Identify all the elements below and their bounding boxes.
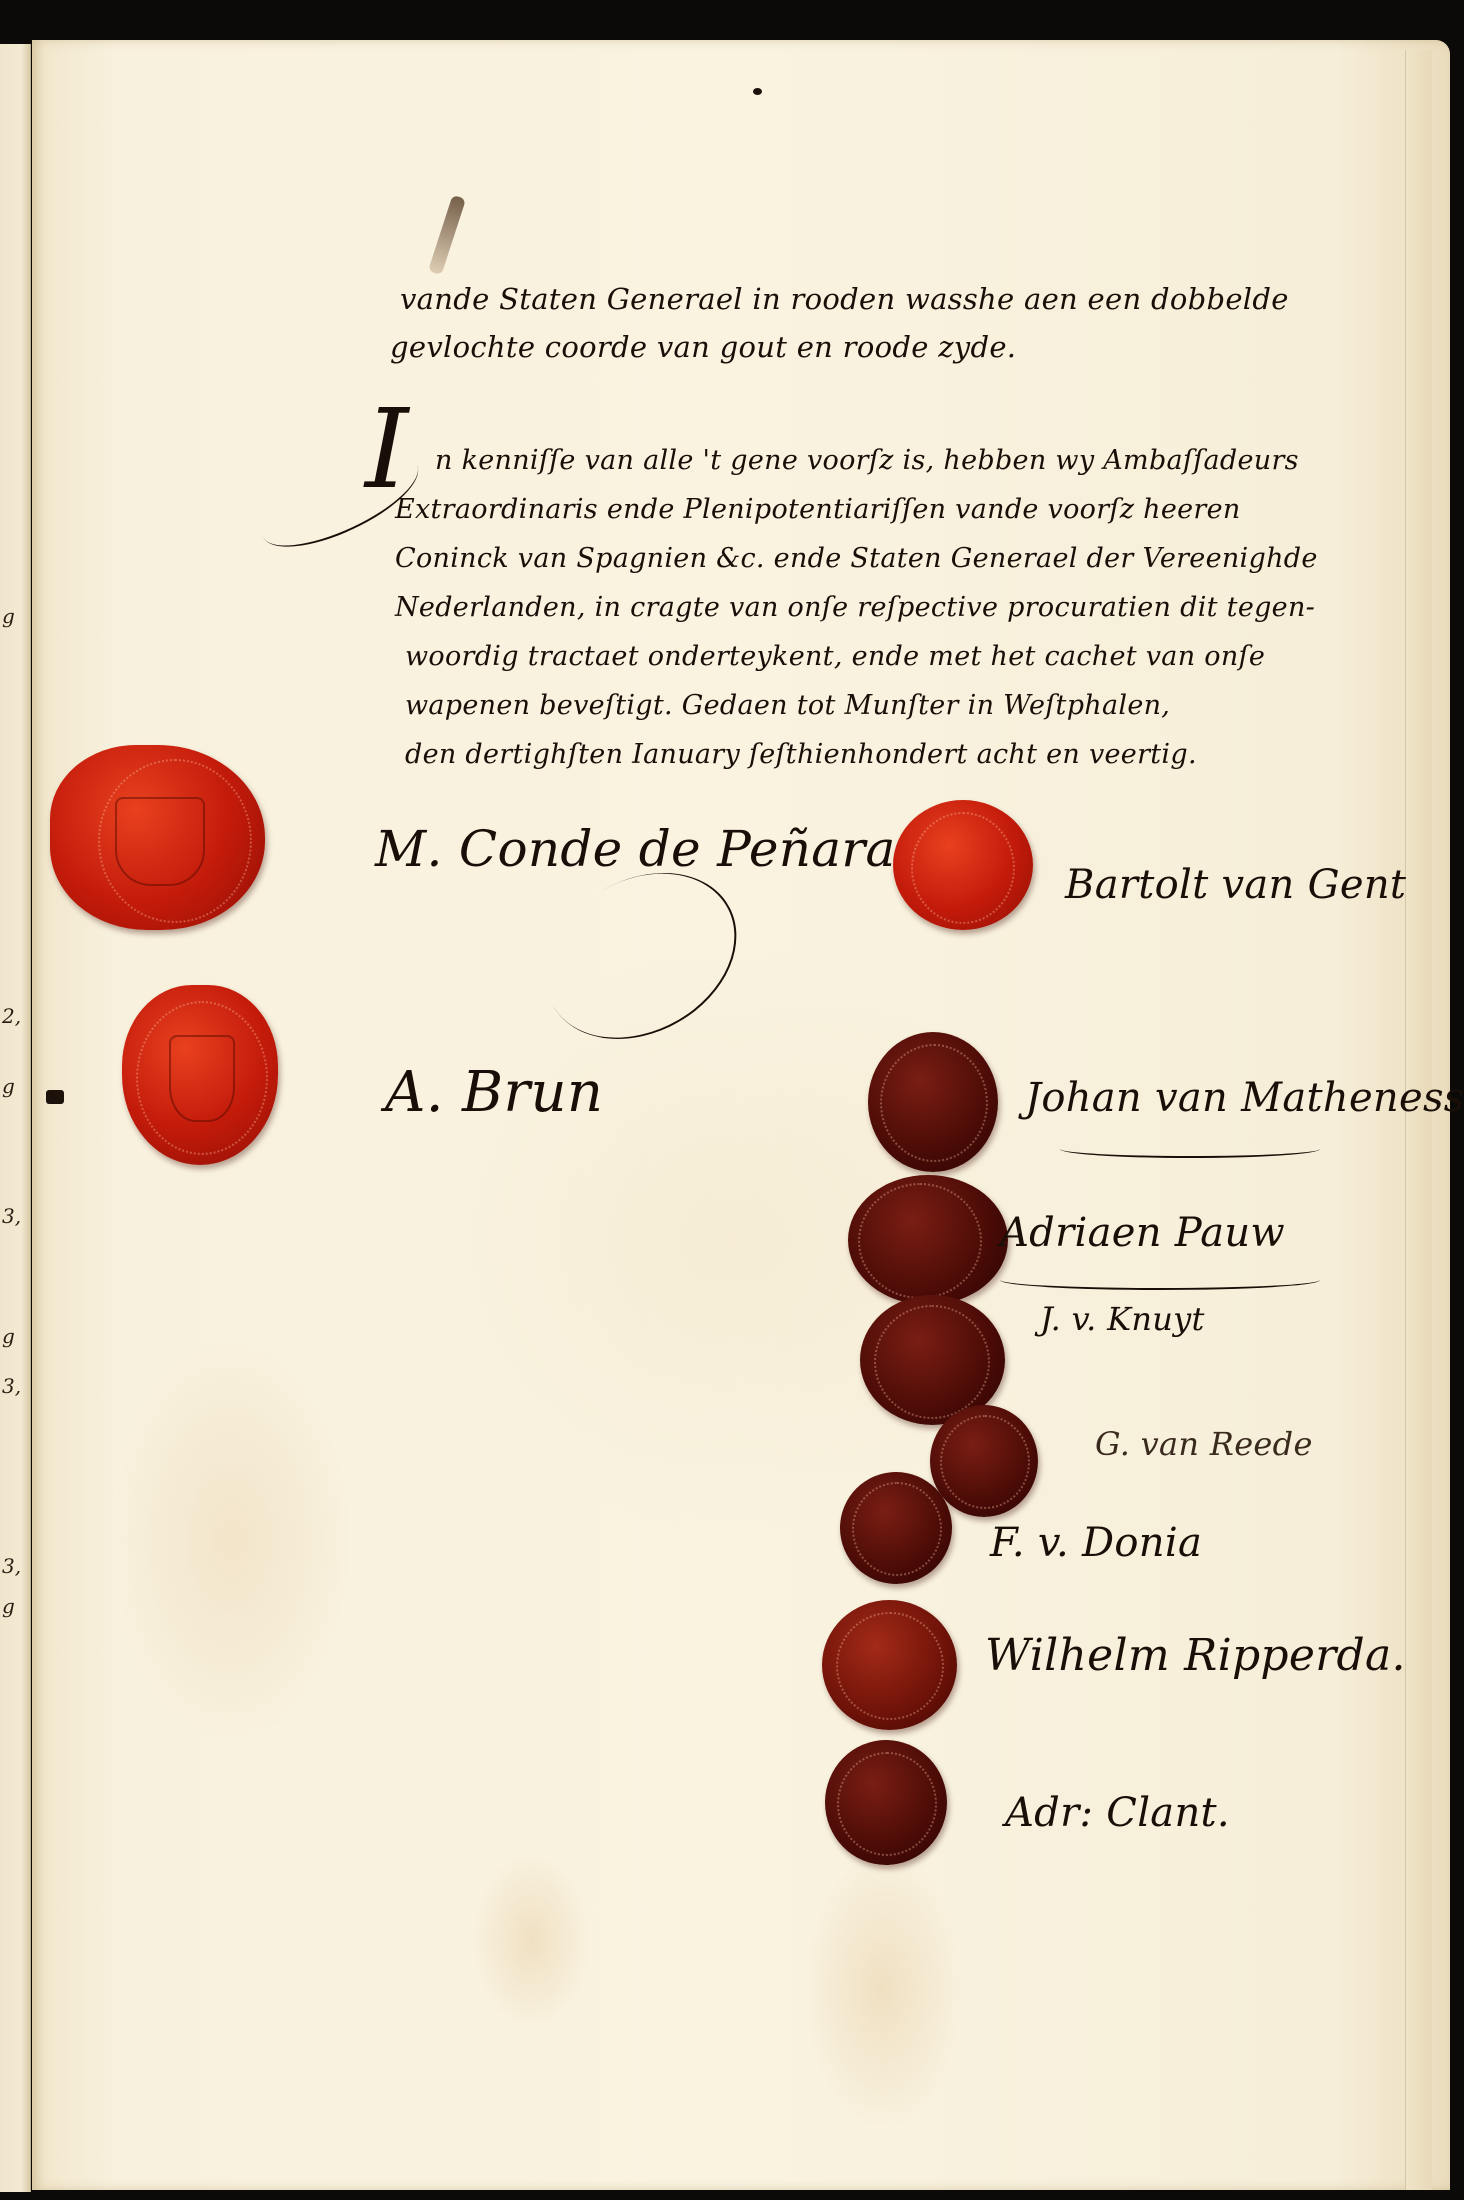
wax-seal [825, 1740, 947, 1865]
signature-brun: A. Brun [385, 1060, 603, 1125]
margin-note: 3, [2, 1554, 21, 1578]
wax-seal [868, 1032, 998, 1172]
body-line-6: wapenen beveſtigt. Gedaen tot Munſter in… [405, 690, 1170, 721]
body-line-2: Extraordinaris ende Plenipotentiariſſen … [395, 494, 1241, 525]
signature-van-reede: G. van Reede [1095, 1425, 1313, 1463]
margin-note: 3, [2, 1204, 21, 1228]
wax-seal [840, 1472, 952, 1584]
adjacent-page-edge: g 2, g 3, g 3, 3, g [0, 44, 31, 2192]
margin-note: g [2, 1594, 15, 1618]
signature-ripperda: Wilhelm Ripperda. [985, 1630, 1406, 1681]
wax-seal [893, 800, 1033, 930]
signature-knuyt: J. v. Knuyt [1040, 1300, 1205, 1338]
signature-mathenesse: Johan van Mathenesse [1025, 1075, 1464, 1121]
signature-donia: F. v. Donia [990, 1520, 1202, 1566]
signature-flourish [1000, 1270, 1320, 1290]
signature-flourish [1060, 1140, 1320, 1158]
margin-note: g [2, 604, 15, 628]
heading-line-2: gevlochte coorde van gout en roode zyde. [390, 330, 1016, 364]
signature-clant: Adr: Clant. [1005, 1790, 1230, 1836]
body-line-4: Nederlanden, in cragte van onſe reſpecti… [395, 592, 1315, 623]
wax-seal [122, 985, 278, 1165]
margin-note: 3, [2, 1374, 21, 1398]
heading-line-1: vande Staten Generael in rooden wasshe a… [400, 282, 1289, 316]
ink-spot [753, 88, 762, 95]
body-line-1: n kenniſſe van alle 't gene voorſz is, h… [435, 445, 1299, 476]
ink-mark [46, 1090, 64, 1104]
margin-note: 2, [2, 1004, 21, 1028]
margin-note: g [2, 1074, 15, 1098]
margin-note: g [2, 1324, 15, 1348]
wax-seal [930, 1405, 1038, 1517]
wax-seal [50, 745, 265, 930]
signature-pauw: Adriaen Pauw [1000, 1210, 1285, 1256]
body-line-3: Coninck van Spagnien &c. ende Staten Gen… [395, 543, 1318, 574]
body-line-5: woordig tractaet onderteykent, ende met … [405, 641, 1265, 672]
wax-seal [822, 1600, 957, 1730]
wax-seal [848, 1175, 1008, 1305]
signature-van-gent: Bartolt van Gent [1065, 862, 1406, 908]
body-line-7: den dertighſten Ianuary ſeſthienhondert … [405, 739, 1197, 770]
